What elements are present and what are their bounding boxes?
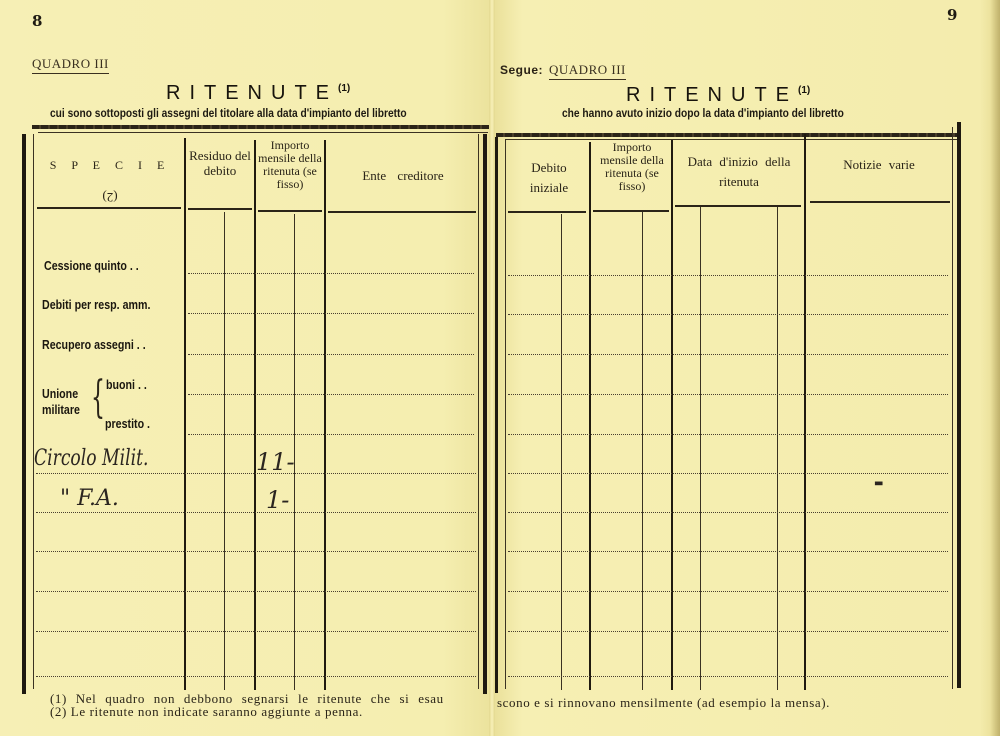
section-label: QUADRO III <box>32 56 109 72</box>
book-fold <box>489 0 495 736</box>
column-header-ente: Ente creditore <box>330 168 476 183</box>
row-label-debiti: Debiti per resp. amm. <box>42 297 150 312</box>
column-header-notizie: Notizie varie <box>810 157 948 172</box>
footnote-1-right: scono e si rinnovano mensilmente (ad ese… <box>497 696 830 709</box>
page-subtitle: cui sono sottoposti gli assegni del tito… <box>50 106 407 120</box>
handwritten-importo-fa: 1- <box>266 486 289 514</box>
section-label: Segue:QUADRO III <box>500 62 626 78</box>
column-header-residuo: Residuo del debito <box>188 148 252 178</box>
page-title: RITENUTE(1) <box>626 84 810 107</box>
row-label-buoni: buoni . . <box>106 377 147 392</box>
left-page: 8 QUADRO III RITENUTE(1) cui sono sottop… <box>0 0 492 736</box>
row-label-prestito: prestito . <box>105 416 150 431</box>
page-edge <box>990 0 1000 736</box>
page-number: 8 <box>32 12 42 30</box>
ink-mark: ▬ <box>874 478 883 489</box>
column-header-data-inizio: Data d'inizio della ritenuta <box>678 152 800 192</box>
row-label-militare: militare <box>42 402 80 417</box>
page-number: 9 <box>947 6 957 24</box>
brace-icon: { <box>91 376 105 420</box>
column-header-importo: Importo mensile della ritenuta (se fisso… <box>257 139 323 191</box>
handwritten-specie-fa: " F.A. <box>60 486 119 511</box>
handwritten-importo-circolo: 11- <box>256 448 295 476</box>
right-page: 9 Segue:QUADRO III RITENUTE(1) che hanno… <box>492 0 1000 736</box>
page-title: RITENUTE(1) <box>166 82 350 105</box>
row-label-unione: Unione <box>42 386 78 401</box>
row-label-recupero: Recupero assegni . . <box>42 337 146 352</box>
footnote-2: (2) Le ritenute non indicate saranno agg… <box>50 705 363 718</box>
column-header-specie: S P E C I E <box>40 158 180 173</box>
column-header-specie-note: (2) <box>40 190 180 205</box>
handwritten-specie-circolo: Circolo Milit. <box>34 446 148 471</box>
row-label-cessione: Cessione quinto . . <box>44 258 139 273</box>
page-subtitle: che hanno avuto inizio dopo la data d'im… <box>562 106 844 120</box>
column-header-debito-iniziale: Debito iniziale <box>512 158 586 198</box>
column-header-importo: Importo mensile della ritenuta (se fisso… <box>596 141 668 193</box>
